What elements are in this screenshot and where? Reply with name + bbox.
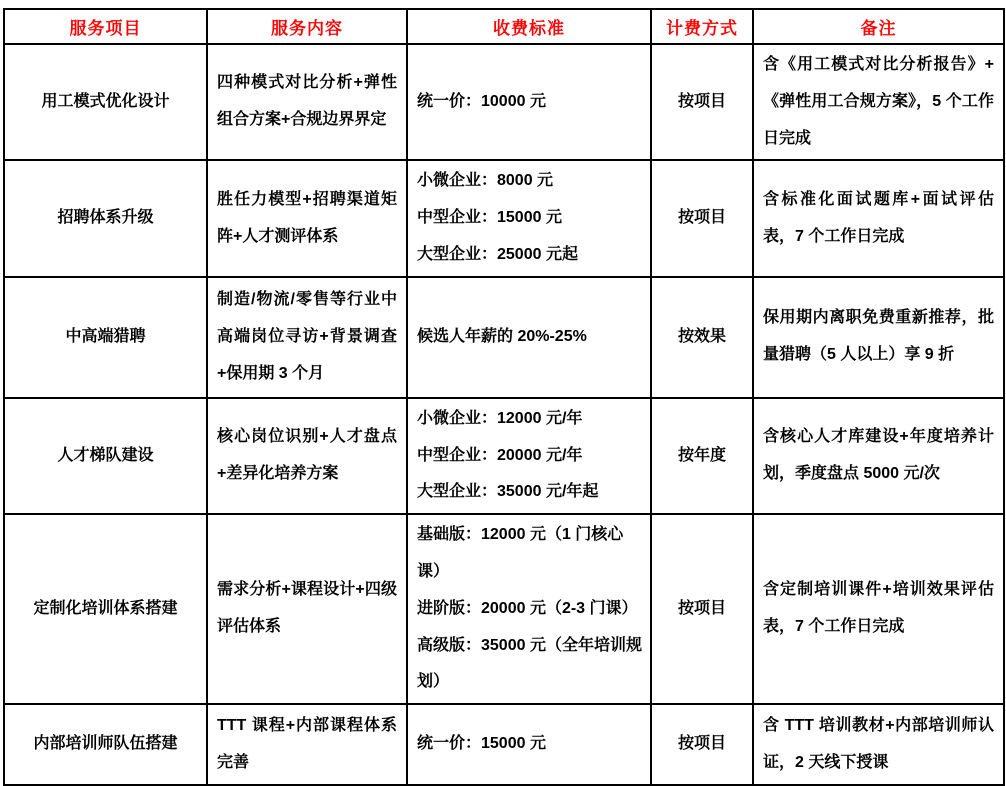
cell-pricing: 候选人年薪的 20%-25% xyxy=(407,277,651,398)
cell-pricing: 统一价：10000 元 xyxy=(407,44,651,160)
table-row: 人才梯队建设 核心岗位识别+人才盘点+差异化培养方案 小微企业：12000 元/… xyxy=(4,398,1004,514)
cell-pricing: 统一价：15000 元 xyxy=(407,704,651,785)
cell-notes: 保用期内离职免费重新推荐，批量猎聘（5 人以上）享 9 折 xyxy=(753,277,1004,398)
cell-billing-method: 按效果 xyxy=(651,277,753,398)
price-line: 小微企业：8000 元 xyxy=(417,163,644,200)
price-line: 统一价：10000 元 xyxy=(417,84,644,121)
cell-billing-method: 按年度 xyxy=(651,398,753,514)
cell-service-item: 招聘体系升级 xyxy=(4,160,207,276)
cell-service-content: 四种模式对比分析+弹性组合方案+合规边界界定 xyxy=(207,44,407,160)
cell-notes: 含核心人才库建设+年度培养计划，季度盘点 5000 元/次 xyxy=(753,398,1004,514)
cell-notes: 含标准化面试题库+面试评估表，7 个工作日完成 xyxy=(753,160,1004,276)
cell-service-item: 定制化培训体系搭建 xyxy=(4,514,207,704)
cell-service-item: 中高端猎聘 xyxy=(4,277,207,398)
price-line: 大型企业：35000 元/年起 xyxy=(417,474,644,511)
cell-service-content: 胜任力模型+招聘渠道矩阵+人才测评体系 xyxy=(207,160,407,276)
cell-pricing: 小微企业：12000 元/年 中型企业：20000 元/年 大型企业：35000… xyxy=(407,398,651,514)
header-service-content: 服务内容 xyxy=(207,9,407,44)
cell-notes: 含《用工模式对比分析报告》+《弹性用工合规方案》，5 个工作日完成 xyxy=(753,44,1004,160)
table-row: 中高端猎聘 制造/物流/零售等行业中高端岗位寻访+背景调查+保用期 3 个月 候… xyxy=(4,277,1004,398)
cell-notes: 含定制培训课件+培训效果评估表，7 个工作日完成 xyxy=(753,514,1004,704)
cell-billing-method: 按项目 xyxy=(651,514,753,704)
cell-pricing: 基础版：12000 元（1 门核心课） 进阶版：20000 元（2-3 门课） … xyxy=(407,514,651,704)
cell-pricing: 小微企业：8000 元 中型企业：15000 元 大型企业：25000 元起 xyxy=(407,160,651,276)
cell-service-content: 核心岗位识别+人才盘点+差异化培养方案 xyxy=(207,398,407,514)
table-row: 招聘体系升级 胜任力模型+招聘渠道矩阵+人才测评体系 小微企业：8000 元 中… xyxy=(4,160,1004,276)
price-line: 候选人年薪的 20%-25% xyxy=(417,319,644,356)
table-row: 用工模式优化设计 四种模式对比分析+弹性组合方案+合规边界界定 统一价：1000… xyxy=(4,44,1004,160)
header-row: 服务项目 服务内容 收费标准 计费方式 备注 xyxy=(4,9,1004,44)
service-price-table: 服务项目 服务内容 收费标准 计费方式 备注 用工模式优化设计 四种模式对比分析… xyxy=(3,8,1005,786)
table-row: 内部培训师队伍搭建 TTT 课程+内部课程体系完善 统一价：15000 元 按项… xyxy=(4,704,1004,785)
cell-service-content: 制造/物流/零售等行业中高端岗位寻访+背景调查+保用期 3 个月 xyxy=(207,277,407,398)
cell-notes: 含 TTT 培训教材+内部培训师认证，2 天线下授课 xyxy=(753,704,1004,785)
price-line: 中型企业：15000 元 xyxy=(417,200,644,237)
cell-billing-method: 按项目 xyxy=(651,44,753,160)
header-pricing: 收费标准 xyxy=(407,9,651,44)
header-notes: 备注 xyxy=(753,9,1004,44)
cell-billing-method: 按项目 xyxy=(651,160,753,276)
price-line: 高级版：35000 元（全年培训规划） xyxy=(417,628,644,702)
header-service-item: 服务项目 xyxy=(4,9,207,44)
price-line: 统一价：15000 元 xyxy=(417,726,644,763)
cell-service-item: 人才梯队建设 xyxy=(4,398,207,514)
price-line: 进阶版：20000 元（2-3 门课） xyxy=(417,591,644,628)
price-line: 基础版：12000 元（1 门核心课） xyxy=(417,517,644,591)
table-row: 定制化培训体系搭建 需求分析+课程设计+四级评估体系 基础版：12000 元（1… xyxy=(4,514,1004,704)
price-line: 小微企业：12000 元/年 xyxy=(417,401,644,438)
cell-service-item: 用工模式优化设计 xyxy=(4,44,207,160)
cell-service-item: 内部培训师队伍搭建 xyxy=(4,704,207,785)
header-billing-method: 计费方式 xyxy=(651,9,753,44)
cell-billing-method: 按项目 xyxy=(651,704,753,785)
price-line: 中型企业：20000 元/年 xyxy=(417,438,644,475)
cell-service-content: TTT 课程+内部课程体系完善 xyxy=(207,704,407,785)
cell-service-content: 需求分析+课程设计+四级评估体系 xyxy=(207,514,407,704)
price-line: 大型企业：25000 元起 xyxy=(417,237,644,274)
